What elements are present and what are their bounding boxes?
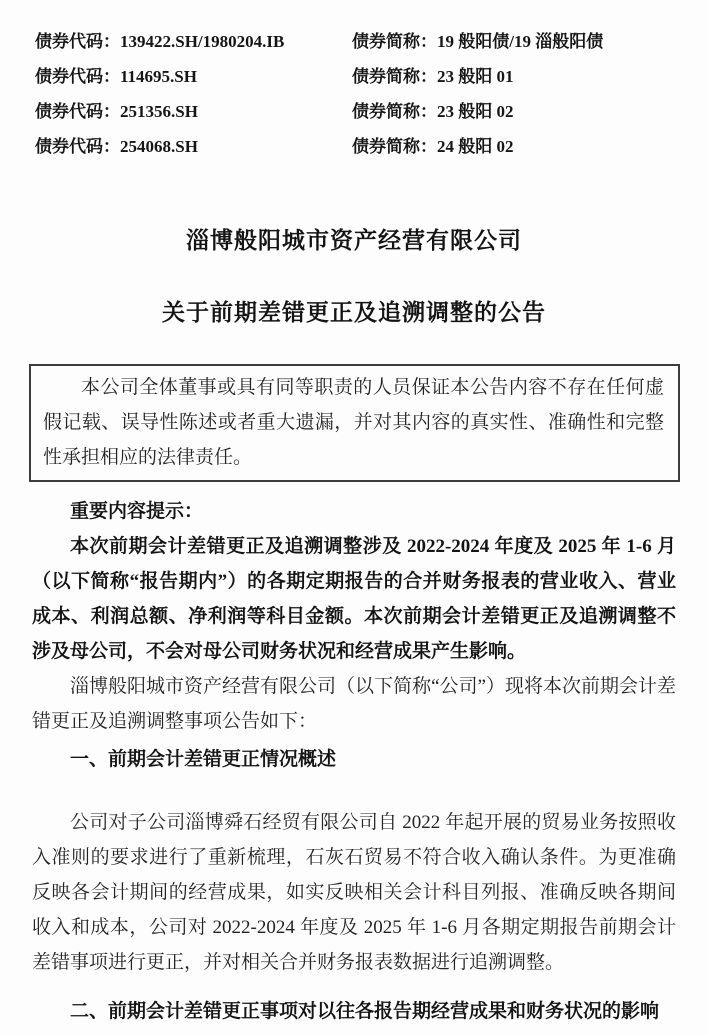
bond-code-value: 254068.SH <box>120 137 198 156</box>
section2-heading: 二、前期会计差错更正事项对以往各报告期经营成果和财务状况的影响 <box>32 994 676 1029</box>
bond-name-value: 23 般阳 02 <box>437 102 514 121</box>
disclaimer-text: 本公司全体董事或具有同等职责的人员保证本公告内容不存在任何虚假记载、误导性陈述或… <box>43 377 664 468</box>
bond-name-cell: 债券简称：24 般阳 02 <box>352 129 688 164</box>
bond-code-cell: 债券代码：114695.SH <box>35 59 352 94</box>
bond-name-label: 债券简称： <box>352 137 437 156</box>
section1-heading: 一、前期会计差错更正情况概述 <box>32 742 676 777</box>
announcement-title: 关于前期差错更正及追溯调整的公告 <box>0 298 708 328</box>
announcement-document-page: 债券代码：139422.SH/1980204.IB 债券简称：19 般阳债/19… <box>0 0 708 1035</box>
bond-header: 债券代码：139422.SH/1980204.IB 债券简称：19 般阳债/19… <box>0 0 708 164</box>
bond-name-label: 债券简称： <box>352 32 437 51</box>
disclaimer-box: 本公司全体董事或具有同等职责的人员保证本公告内容不存在任何虚假记载、误导性陈述或… <box>29 364 680 482</box>
bond-code-value: 139422.SH/1980204.IB <box>120 32 284 51</box>
bond-row: 债券代码：139422.SH/1980204.IB 债券简称：19 般阳债/19… <box>35 24 688 59</box>
important-notice-label: 重要内容提示： <box>32 494 676 529</box>
bond-name-value: 23 般阳 01 <box>437 67 514 86</box>
bond-name-cell: 债券简称：23 般阳 01 <box>352 59 688 94</box>
intro-paragraph: 淄博般阳城市资产经营有限公司（以下简称“公司”）现将本次前期会计差错更正及追溯调… <box>32 669 676 739</box>
bond-name-label: 债券简称： <box>352 67 437 86</box>
bond-code-label: 债券代码： <box>35 32 120 51</box>
bond-name-cell: 债券简称：19 般阳债/19 淄般阳债 <box>352 24 688 59</box>
company-title: 淄博般阳城市资产经营有限公司 <box>0 226 708 256</box>
bond-name-label: 债券简称： <box>352 102 437 121</box>
bond-name-value: 24 般阳 02 <box>437 137 514 156</box>
bond-code-cell: 债券代码：139422.SH/1980204.IB <box>35 24 352 59</box>
bond-code-label: 债券代码： <box>35 67 120 86</box>
bond-name-cell: 债券简称：23 般阳 02 <box>352 94 688 129</box>
notice-paragraph: 本次前期会计差错更正及追溯调整涉及 2022-2024 年度及 2025 年 1… <box>32 529 676 669</box>
section1-paragraph: 公司对子公司淄博舜石经贸有限公司自 2022 年起开展的贸易业务按照收入准则的要… <box>32 805 676 980</box>
bond-code-cell: 债券代码：251356.SH <box>35 94 352 129</box>
bond-code-value: 114695.SH <box>120 67 197 86</box>
bond-code-label: 债券代码： <box>35 102 120 121</box>
bond-row: 债券代码：254068.SH 债券简称：24 般阳 02 <box>35 129 688 164</box>
bond-row: 债券代码：251356.SH 债券简称：23 般阳 02 <box>35 94 688 129</box>
bond-name-value: 19 般阳债/19 淄般阳债 <box>437 32 603 51</box>
bond-row: 债券代码：114695.SH 债券简称：23 般阳 01 <box>35 59 688 94</box>
bond-code-cell: 债券代码：254068.SH <box>35 129 352 164</box>
bond-code-label: 债券代码： <box>35 137 120 156</box>
bond-code-value: 251356.SH <box>120 102 198 121</box>
